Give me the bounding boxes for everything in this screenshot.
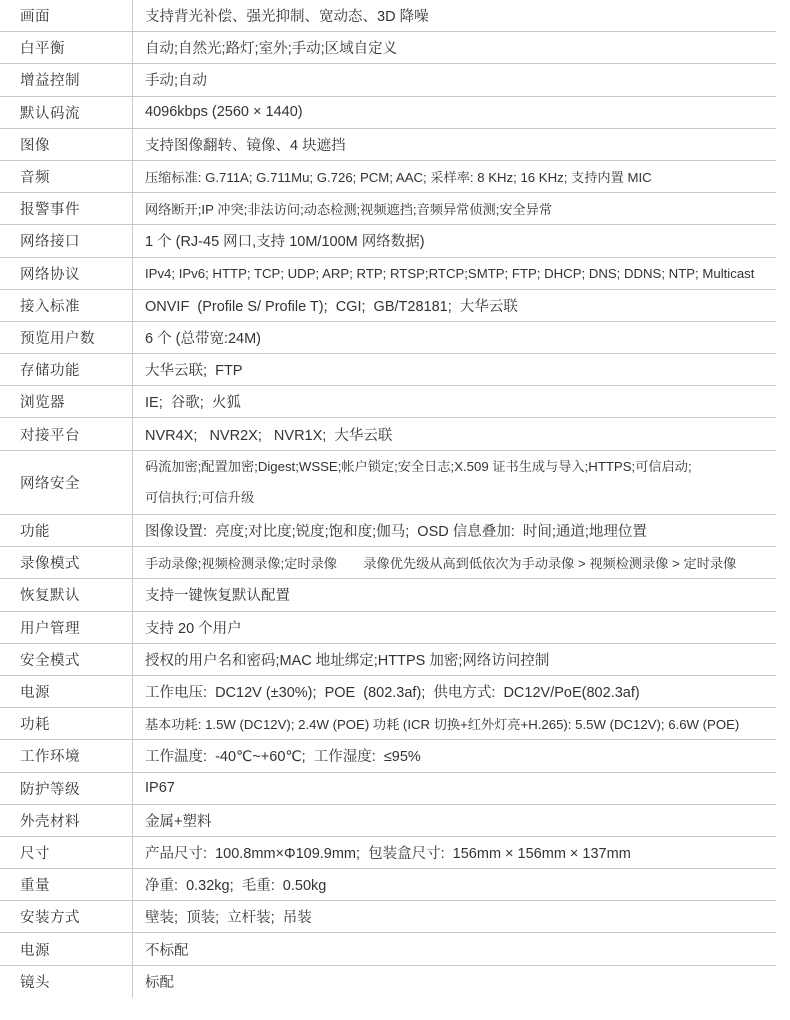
table-row: 增益控制 手动;自动: [0, 64, 776, 96]
spec-value: 工作电压: DC12V (±30%); POE (802.3af); 供电方式:…: [133, 676, 776, 707]
spec-label: 图像: [0, 129, 133, 160]
spec-value: 支持图像翻转、镜像、4 块遮挡: [133, 129, 776, 160]
spec-value: NVR4X; NVR2X; NVR1X; 大华云联: [133, 418, 776, 449]
spec-label: 对接平台: [0, 418, 133, 449]
spec-label: 接入标准: [0, 290, 133, 321]
table-row: 画面 支持背光补偿、强光抑制、宽动态、3D 降噪: [0, 0, 776, 32]
spec-value: ONVIF (Profile S/ Profile T); CGI; GB/T2…: [133, 290, 776, 321]
spec-label: 白平衡: [0, 32, 133, 63]
table-row: 网络接口 1 个 (RJ-45 网口,支持 10M/100M 网络数据): [0, 225, 776, 257]
table-row: 网络协议 IPv4; IPv6; HTTP; TCP; UDP; ARP; RT…: [0, 258, 776, 290]
spec-label: 增益控制: [0, 64, 133, 95]
table-row: 图像 支持图像翻转、镜像、4 块遮挡: [0, 129, 776, 161]
table-row: 浏览器 IE; 谷歌; 火狐: [0, 386, 776, 418]
table-row: 接入标准 ONVIF (Profile S/ Profile T); CGI; …: [0, 290, 776, 322]
spec-label: 功耗: [0, 708, 133, 739]
spec-value: 支持一键恢复默认配置: [133, 579, 776, 610]
table-row: 镜头 标配: [0, 966, 776, 998]
table-row: 恢复默认 支持一键恢复默认配置: [0, 579, 776, 611]
spec-label: 镜头: [0, 966, 133, 998]
table-row: 功能 图像设置: 亮度;对比度;锐度;饱和度;伽马; OSD 信息叠加: 时间;…: [0, 515, 776, 547]
spec-value: 图像设置: 亮度;对比度;锐度;饱和度;伽马; OSD 信息叠加: 时间;通道;…: [133, 515, 776, 546]
spec-value: 基本功耗: 1.5W (DC12V); 2.4W (POE) 功耗 (ICR 切…: [133, 708, 776, 739]
table-row: 用户管理 支持 20 个用户: [0, 612, 776, 644]
table-row: 重量 净重: 0.32kg; 毛重: 0.50kg: [0, 869, 776, 901]
spec-label: 存储功能: [0, 354, 133, 385]
spec-table: 画面 支持背光补偿、强光抑制、宽动态、3D 降噪 白平衡 自动;自然光;路灯;室…: [0, 0, 776, 998]
table-row: 网络安全 码流加密;配置加密;Digest;WSSE;帐户锁定;安全日志;X.5…: [0, 451, 776, 515]
spec-label: 恢复默认: [0, 579, 133, 610]
table-row: 功耗 基本功耗: 1.5W (DC12V); 2.4W (POE) 功耗 (IC…: [0, 708, 776, 740]
spec-label: 电源: [0, 676, 133, 707]
table-row: 外壳材料 金属+塑料: [0, 805, 776, 837]
table-row: 安全模式 授权的用户名和密码;MAC 地址绑定;HTTPS 加密;网络访问控制: [0, 644, 776, 676]
table-row: 白平衡 自动;自然光;路灯;室外;手动;区域自定义: [0, 32, 776, 64]
spec-value: 金属+塑料: [133, 805, 776, 836]
spec-label: 尺寸: [0, 837, 133, 868]
table-row: 尺寸 产品尺寸: 100.8mm×Φ109.9mm; 包装盒尺寸: 156mm …: [0, 837, 776, 869]
spec-label: 画面: [0, 0, 133, 31]
table-row: 工作环境 工作温度: -40℃~+60℃; 工作湿度: ≤95%: [0, 740, 776, 772]
spec-label: 工作环境: [0, 740, 133, 771]
spec-value: 壁装; 顶装; 立杆装; 吊装: [133, 901, 776, 932]
spec-label: 安装方式: [0, 901, 133, 932]
spec-label: 浏览器: [0, 386, 133, 417]
spec-label: 电源: [0, 933, 133, 964]
spec-value: 码流加密;配置加密;Digest;WSSE;帐户锁定;安全日志;X.509 证书…: [133, 451, 776, 514]
spec-value: 产品尺寸: 100.8mm×Φ109.9mm; 包装盒尺寸: 156mm × 1…: [133, 837, 776, 868]
spec-value: 工作温度: -40℃~+60℃; 工作湿度: ≤95%: [133, 740, 776, 771]
table-row: 存储功能 大华云联; FTP: [0, 354, 776, 386]
spec-label: 默认码流: [0, 97, 133, 128]
spec-label: 防护等级: [0, 773, 133, 804]
spec-value: IP67: [133, 773, 776, 804]
spec-label: 安全模式: [0, 644, 133, 675]
spec-value: 自动;自然光;路灯;室外;手动;区域自定义: [133, 32, 776, 63]
spec-value: 6 个 (总带宽:24M): [133, 322, 776, 353]
spec-value: 1 个 (RJ-45 网口,支持 10M/100M 网络数据): [133, 225, 776, 256]
table-row: 安装方式 壁装; 顶装; 立杆装; 吊装: [0, 901, 776, 933]
table-row: 电源 工作电压: DC12V (±30%); POE (802.3af); 供电…: [0, 676, 776, 708]
spec-label: 用户管理: [0, 612, 133, 643]
table-row: 电源 不标配: [0, 933, 776, 965]
spec-label: 音频: [0, 161, 133, 192]
spec-value: 大华云联; FTP: [133, 354, 776, 385]
spec-value: 4096kbps (2560 × 1440): [133, 97, 776, 128]
spec-value: IE; 谷歌; 火狐: [133, 386, 776, 417]
spec-label: 网络接口: [0, 225, 133, 256]
spec-value: IPv4; IPv6; HTTP; TCP; UDP; ARP; RTP; RT…: [133, 258, 776, 289]
spec-label: 重量: [0, 869, 133, 900]
spec-value: 手动;自动: [133, 64, 776, 95]
spec-value: 标配: [133, 966, 776, 998]
spec-label: 报警事件: [0, 193, 133, 224]
spec-label: 网络协议: [0, 258, 133, 289]
table-row: 防护等级 IP67: [0, 773, 776, 805]
table-row: 预览用户数 6 个 (总带宽:24M): [0, 322, 776, 354]
table-row: 默认码流 4096kbps (2560 × 1440): [0, 97, 776, 129]
spec-label: 预览用户数: [0, 322, 133, 353]
spec-value: 压缩标准: G.711A; G.711Mu; G.726; PCM; AAC; …: [133, 161, 776, 192]
spec-value: 净重: 0.32kg; 毛重: 0.50kg: [133, 869, 776, 900]
spec-value: 手动录像;视频检测录像;定时录像 录像优先级从高到低依次为手动录像 > 视频检测…: [133, 547, 776, 578]
spec-label: 录像模式: [0, 547, 133, 578]
spec-label: 功能: [0, 515, 133, 546]
table-row: 录像模式 手动录像;视频检测录像;定时录像 录像优先级从高到低依次为手动录像 >…: [0, 547, 776, 579]
table-row: 对接平台 NVR4X; NVR2X; NVR1X; 大华云联: [0, 418, 776, 450]
spec-value: 支持 20 个用户: [133, 612, 776, 643]
spec-value: 不标配: [133, 933, 776, 964]
table-row: 音频 压缩标准: G.711A; G.711Mu; G.726; PCM; AA…: [0, 161, 776, 193]
table-row: 报警事件 网络断开;IP 冲突;非法访问;动态检测;视频遮挡;音频异常侦测;安全…: [0, 193, 776, 225]
spec-value: 授权的用户名和密码;MAC 地址绑定;HTTPS 加密;网络访问控制: [133, 644, 776, 675]
spec-label: 外壳材料: [0, 805, 133, 836]
spec-value: 网络断开;IP 冲突;非法访问;动态检测;视频遮挡;音频异常侦测;安全异常: [133, 193, 776, 224]
spec-value: 支持背光补偿、强光抑制、宽动态、3D 降噪: [133, 0, 776, 31]
spec-label: 网络安全: [0, 451, 133, 514]
